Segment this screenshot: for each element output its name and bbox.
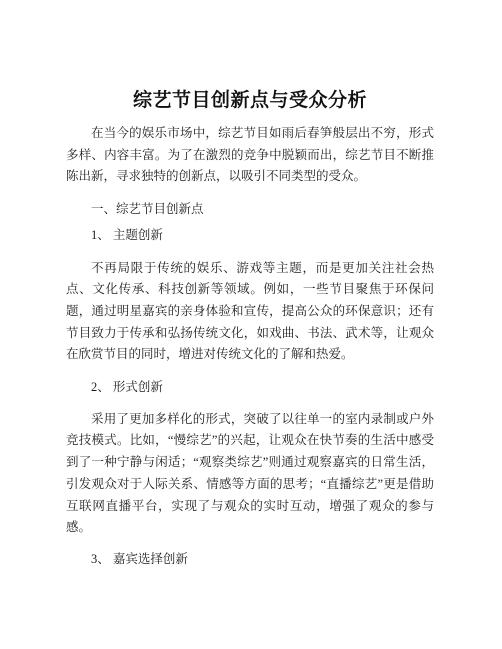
document-title: 综艺节目创新点与受众分析 — [66, 87, 434, 113]
paragraph-theme-innovation: 不再局限于传统的娱乐、游戏等主题，而是更加关注社会热点、文化传承、科技创新等领域… — [66, 258, 434, 367]
subheading-guest-selection-innovation: 3、 嘉宾选择创新 — [66, 549, 434, 571]
document-page: 综艺节目创新点与受众分析 在当今的娱乐市场中，综艺节目如雨后春笋般层出不穷，形式… — [0, 0, 502, 649]
subheading-theme-innovation: 1、 主题创新 — [66, 225, 434, 247]
intro-paragraph: 在当今的娱乐市场中，综艺节目如雨后春笋般层出不穷，形式多样、内容丰富。为了在激烈… — [66, 123, 434, 188]
subheading-format-innovation: 2、 形式创新 — [66, 377, 434, 399]
section-heading-innovation-points: 一、综艺节目创新点 — [66, 199, 434, 221]
paragraph-format-innovation: 采用了更加多样化的形式，突破了以往单一的室内录制或户外竞技模式。比如，“慢综艺”… — [66, 409, 434, 539]
